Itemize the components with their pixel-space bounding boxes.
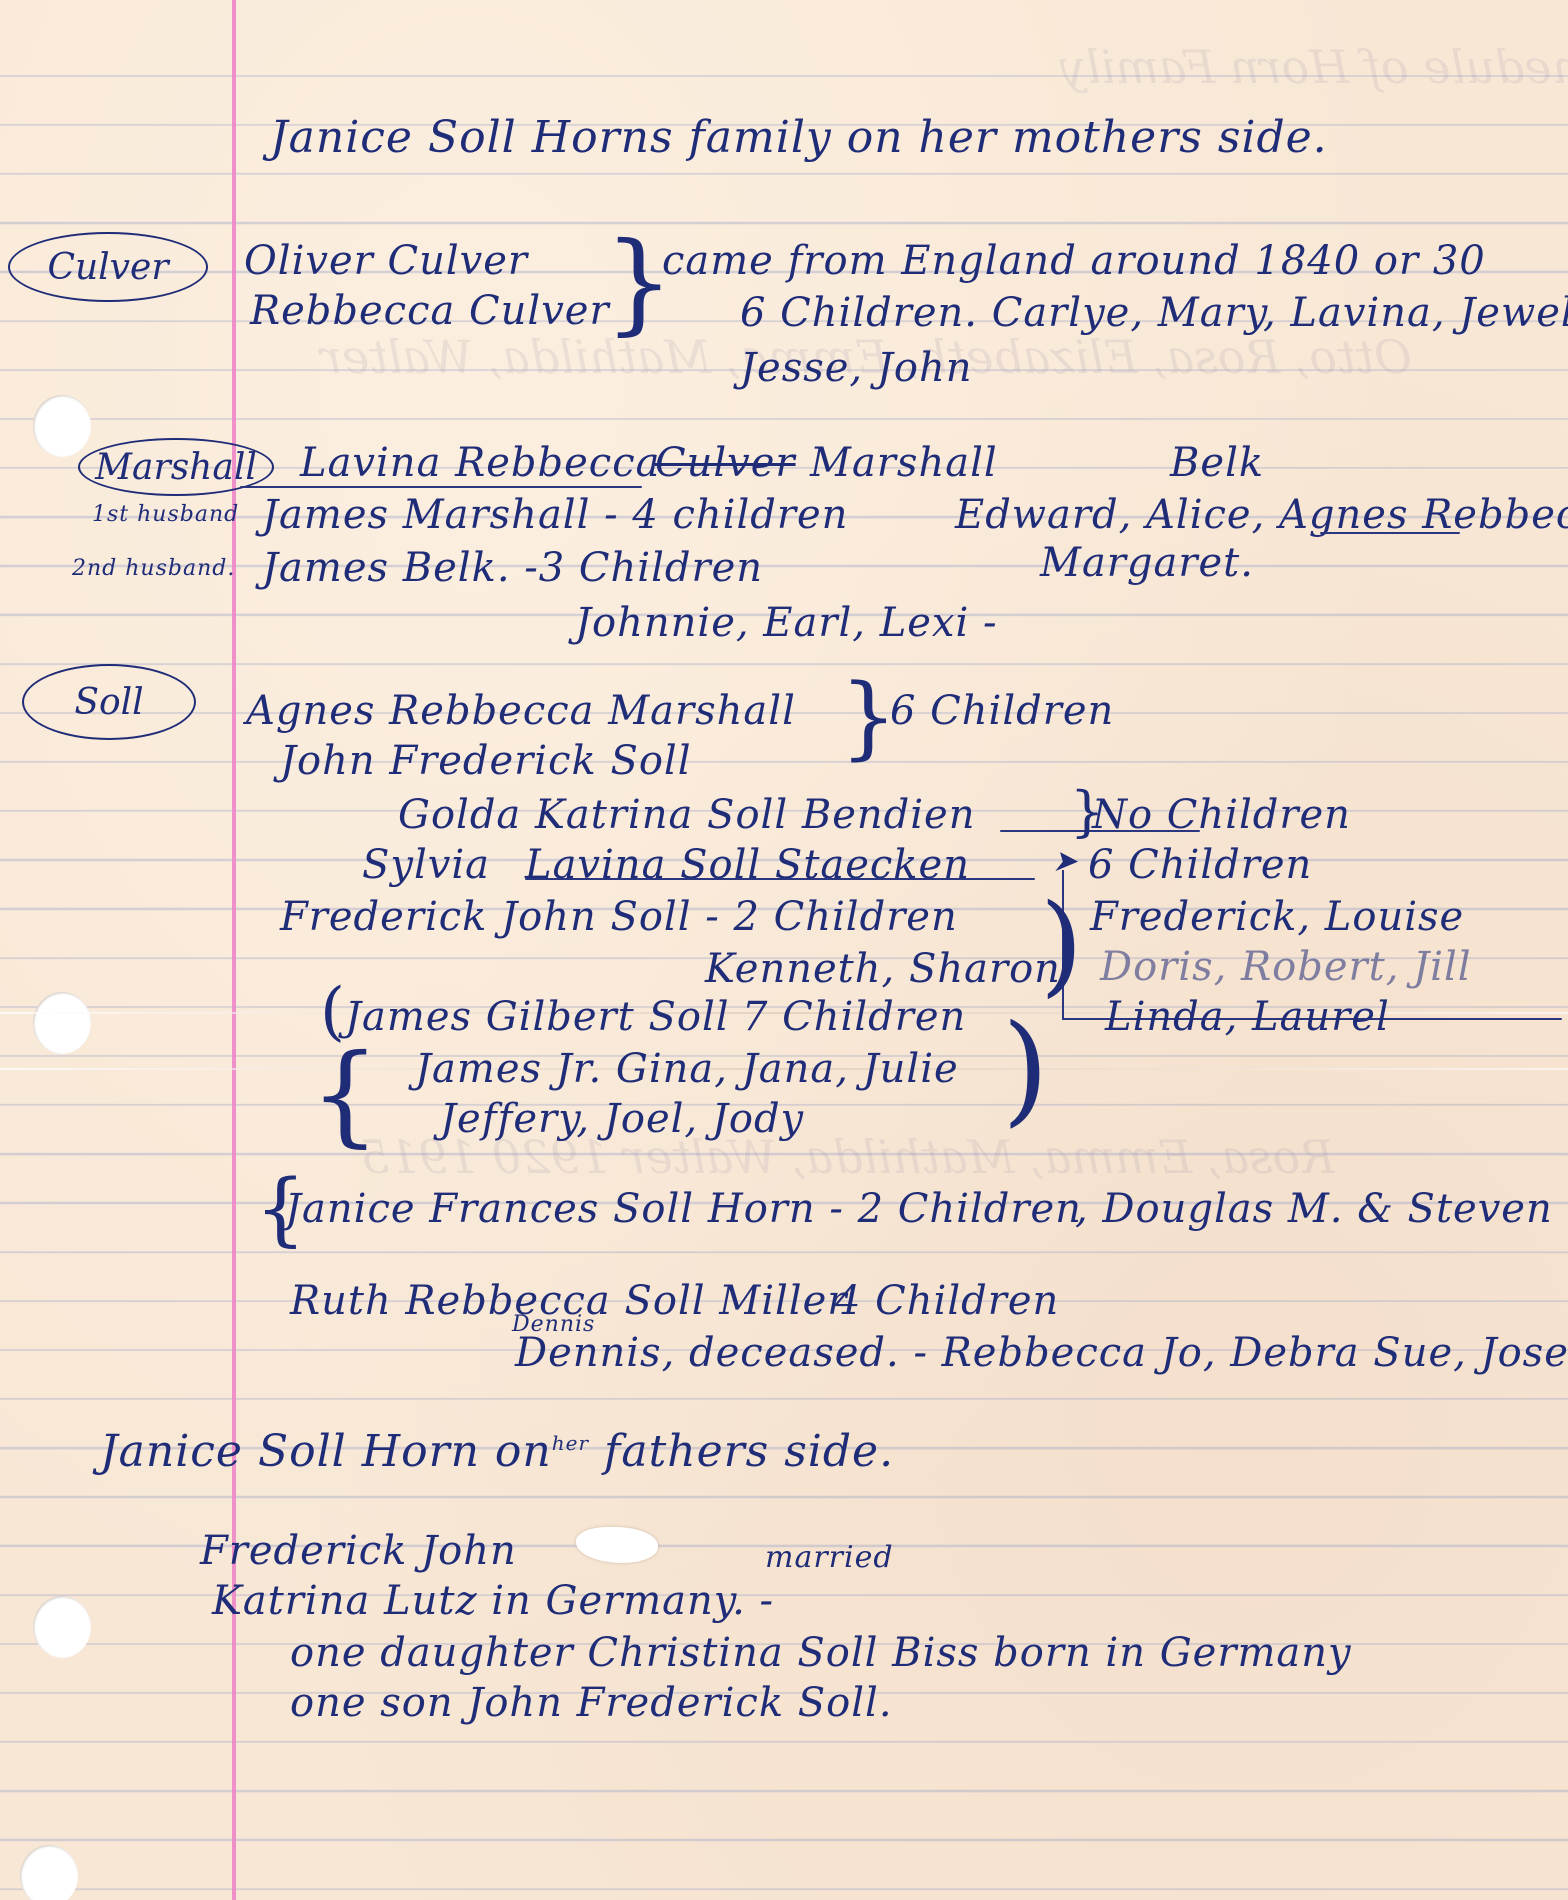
brace-icon: } [840,665,897,770]
soll-child-james: James Gilbert Soll [345,994,730,1040]
bleed-through-text: Schedule of Horn Family [1060,40,1568,94]
first-husband: James Marshall - 4 children [262,492,848,538]
soll-child-james-note: 7 Children [742,994,966,1040]
father-side-line-2: Katrina Lutz in Germany. - [212,1578,774,1624]
underline [1320,532,1460,534]
marshall-name-rest: Marshall [810,440,998,486]
page-title: Janice Soll Horns family on her mothers … [270,112,1328,163]
soll-child-james-kids-1: James Jr. Gina, Jana, Julie [415,1046,959,1092]
first-husband-children-2: Margaret. [1040,540,1254,586]
soll-child-ruth-kids: Dennis, deceased. - Rebbecca Jo, Debra S… [515,1330,1568,1376]
soll-child-ruth-note: 4 Children [835,1278,1059,1324]
soll-child-frederick: Frederick John Soll - 2 Children [280,894,958,940]
sylvia-children-2: Doris, Robert, Jill [1100,944,1472,990]
soll-child-janice: Janice Frances Soll Horn - 2 Children [285,1186,1082,1232]
father-side-heading: Janice Soll Horn onher fathers side. [100,1426,894,1477]
culver-line-2: Rebbecca Culver [250,288,610,334]
marshall-name-last: Belk [1170,440,1264,486]
culver-line-1: Oliver Culver [244,238,528,284]
punch-hole [33,992,91,1054]
soll-child-janice-kids: , Douglas M. & Steven W. [1075,1186,1568,1232]
soll-child-golda-note: No Children [1092,792,1351,838]
paren-icon: ) [1002,1000,1049,1139]
father-side-heading-sup: her [552,1431,589,1455]
second-husband-children: Johnnie, Earl, Lexi - [575,600,998,646]
soll-child-golda: Golda Katrina Soll Bendien [398,792,975,838]
sylvia-children-3: Linda, Laurel [1105,994,1390,1040]
paper-tear [576,1527,658,1563]
father-side-married: married [765,1540,894,1575]
soll-child-frederick-kids: Kenneth, Sharon [705,946,1061,992]
father-side-line-1: Frederick John [200,1528,517,1574]
punch-hole [20,1845,78,1900]
second-husband: James Belk. -3 Children [262,545,763,591]
culver-note: came from England around 1840 or 30 [662,238,1486,284]
sylvia-children-1: Frederick, Louise [1090,894,1464,940]
surname-label-soll: Soll [22,664,196,740]
first-husband-label: 1st husband [92,502,239,527]
soll-child-sylvia-prefix: Sylvia [362,842,490,888]
first-husband-children: Edward, Alice, Agnes Rebbeca, [955,492,1568,538]
culver-children-2: Jesse, John [740,345,973,391]
underline [525,878,1035,880]
soll-parent-2: John Frederick Soll [280,738,692,784]
soll-parent-1: Agnes Rebbecca Marshall [246,688,796,734]
paren-icon: ) [1040,880,1083,1008]
notebook-page: Schedule of Horn Family Otto, Rosa, Eliz… [0,0,1568,1900]
brace-icon: { [310,1030,380,1158]
father-side-heading-a: Janice Soll Horn on [100,1426,552,1477]
father-side-line-3: one daughter Christina Soll Biss born in… [290,1630,1352,1676]
soll-child-sylvia-note: 6 Children [1088,842,1312,888]
marshall-name-first: Lavina Rebbecca [300,440,660,486]
punch-hole [33,395,91,457]
arrow-icon: ➤ [1052,844,1078,879]
soll-parent-note: 6 Children [890,688,1114,734]
culver-children: 6 Children. Carlye, Mary, Lavina, Jewel, [740,290,1568,336]
surname-label-culver: Culver [8,232,208,302]
soll-child-james-kids-2: Jeffery, Joel, Jody [440,1096,804,1142]
underline [240,486,642,488]
marshall-name-struck: Culver [655,440,796,486]
punch-hole [33,1596,91,1658]
father-side-heading-b: fathers side. [604,1426,894,1477]
second-husband-label: 2nd husband. [72,556,235,581]
soll-child-sylvia: Lavina Soll Staecken [525,842,970,888]
father-side-line-4: one son John Frederick Soll. [290,1680,893,1726]
